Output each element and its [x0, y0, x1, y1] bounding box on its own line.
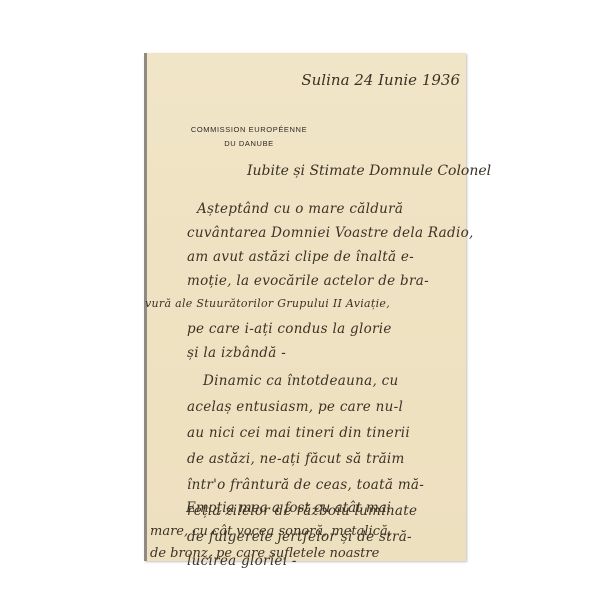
body-line: de astăzi, ne-ați făcut să trăim [187, 451, 405, 467]
body-line: pe care i-ați condus la glorie [187, 321, 392, 337]
letterhead-line-2: DU DANUBE [189, 137, 309, 151]
body-line: de bronz, pe care sufletele noastre [150, 546, 379, 561]
letterhead: COMMISSION EUROPÉENNE DU DANUBE [189, 123, 309, 151]
salutation: Iubite și Stimate Domnule Colonel [247, 163, 491, 179]
body-line: moție, la evocările actelor de bra- [187, 273, 429, 289]
letter-date: Sulina 24 Iunie 1936 [301, 71, 460, 89]
body-line: mare, cu cât vocea sonoră, metalică, [150, 524, 392, 539]
body-line: acelaș entusiasm, pe care nu-l [187, 399, 403, 415]
body-line: am avut astăzi clipe de înaltă e- [187, 249, 414, 265]
body-line: Așteptând cu o mare căldură [197, 201, 403, 217]
body-line: Dinamic ca întotdeauna, cu [203, 373, 399, 389]
body-line: cuvântarea Domniei Voastre dela Radio, [187, 225, 474, 241]
body-line: Emoția mea a fost cu atât mai [186, 500, 391, 516]
letterhead-line-1: COMMISSION EUROPÉENNE [189, 123, 309, 137]
body-line: și la izbândă - [187, 345, 286, 361]
body-line: într'o frântură de ceas, toată mă- [187, 477, 424, 493]
letter-page: COMMISSION EUROPÉENNE DU DANUBE Sulina 2… [144, 53, 466, 561]
body-line: au nici cei mai tineri din tinerii [187, 425, 410, 441]
body-line: vură ale Stuurătorilor Grupului II Aviaț… [145, 297, 390, 310]
